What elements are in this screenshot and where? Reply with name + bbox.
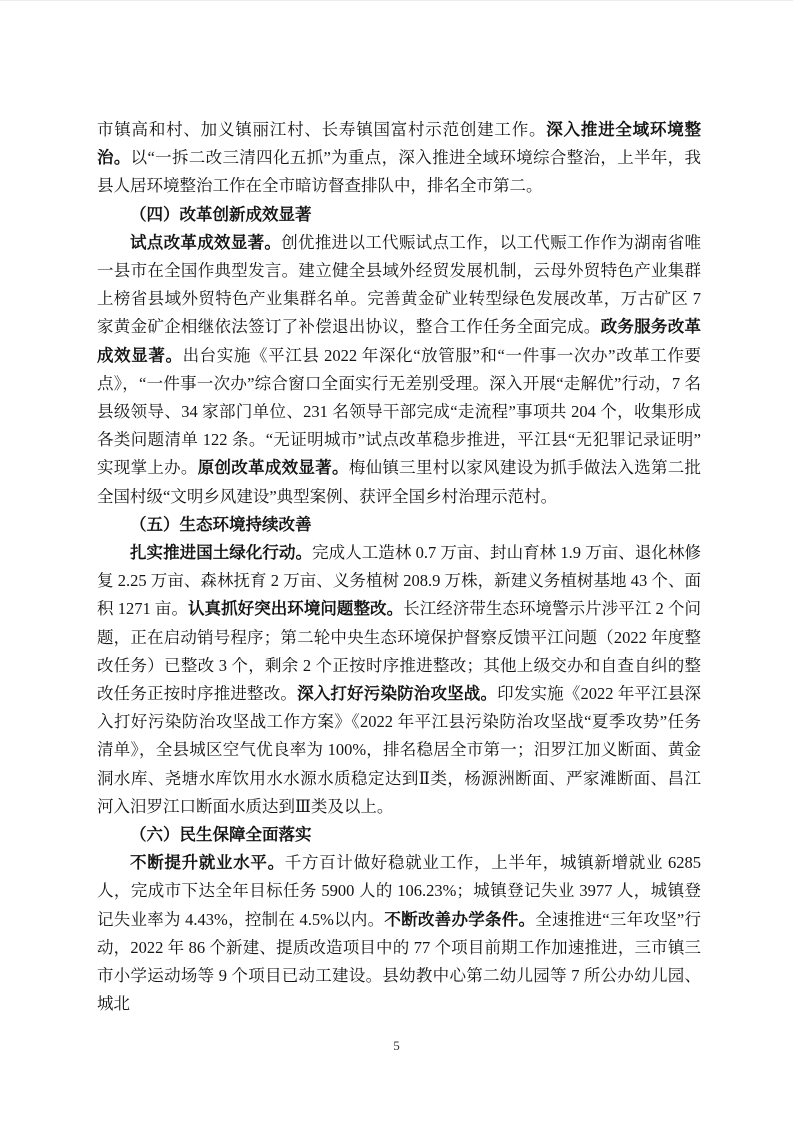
bold-text-run: 认真抓好突出环境问题整改。 [188,599,403,618]
bold-text-run: 试点改革成效显著。 [130,233,281,252]
document-page: 市镇高和村、加义镇丽江村、长寿镇国富村示范创建工作。深入推进全域环境整治。以“一… [0,0,793,1122]
bold-text-run: 扎实推进国土绿化行动。 [130,543,312,562]
bold-text-run: （六）民生保障全面落实 [130,825,312,844]
bold-text-run: 不断改善办学条件。 [384,910,535,929]
bold-text-run: 不断提升就业水平。 [130,853,285,872]
text-run: 市镇高和村、加义镇丽江村、长寿镇国富村示范创建工作。 [97,120,546,139]
text-run: 以“一拆二改三清四化五抓”为重点，深入推进全域环境综合整治，上半年，我县人居环境… [97,148,701,195]
bold-text-run: 深入打好污染防治攻坚战。 [297,684,497,703]
bold-text-run: （四）改革创新成效显著 [130,205,312,224]
page-footer: 5 [0,1037,793,1055]
paragraph: 试点改革成效显著。创优推进以工代赈试点工作，以工代赈工作作为湖南省唯一县市在全国… [97,229,701,511]
bold-text-run: （五）生态环境持续改善 [130,515,312,534]
document-body: 市镇高和村、加义镇丽江村、长寿镇国富村示范创建工作。深入推进全域环境整治。以“一… [97,116,701,1019]
paragraph: 市镇高和村、加义镇丽江村、长寿镇国富村示范创建工作。深入推进全域环境整治。以“一… [97,116,701,201]
section-heading: （四）改革创新成效显著 [97,201,701,229]
bold-text-run: 原创改革成效显著。 [198,458,349,477]
paragraph: 不断提升就业水平。千方百计做好稳就业工作，上半年，城镇新增就业 6285 人，完… [97,849,701,1018]
section-heading: （六）民生保障全面落实 [97,821,701,849]
text-run: 印发实施《2022 年平江县深入打好污染防治攻坚战工作方案》《2022 年平江县… [97,684,701,816]
paragraph: 扎实推进国土绿化行动。完成人工造林 0.7 万亩、封山育林 1.9 万亩、退化林… [97,539,701,821]
page-number: 5 [393,1038,400,1053]
section-heading: （五）生态环境持续改善 [97,511,701,539]
